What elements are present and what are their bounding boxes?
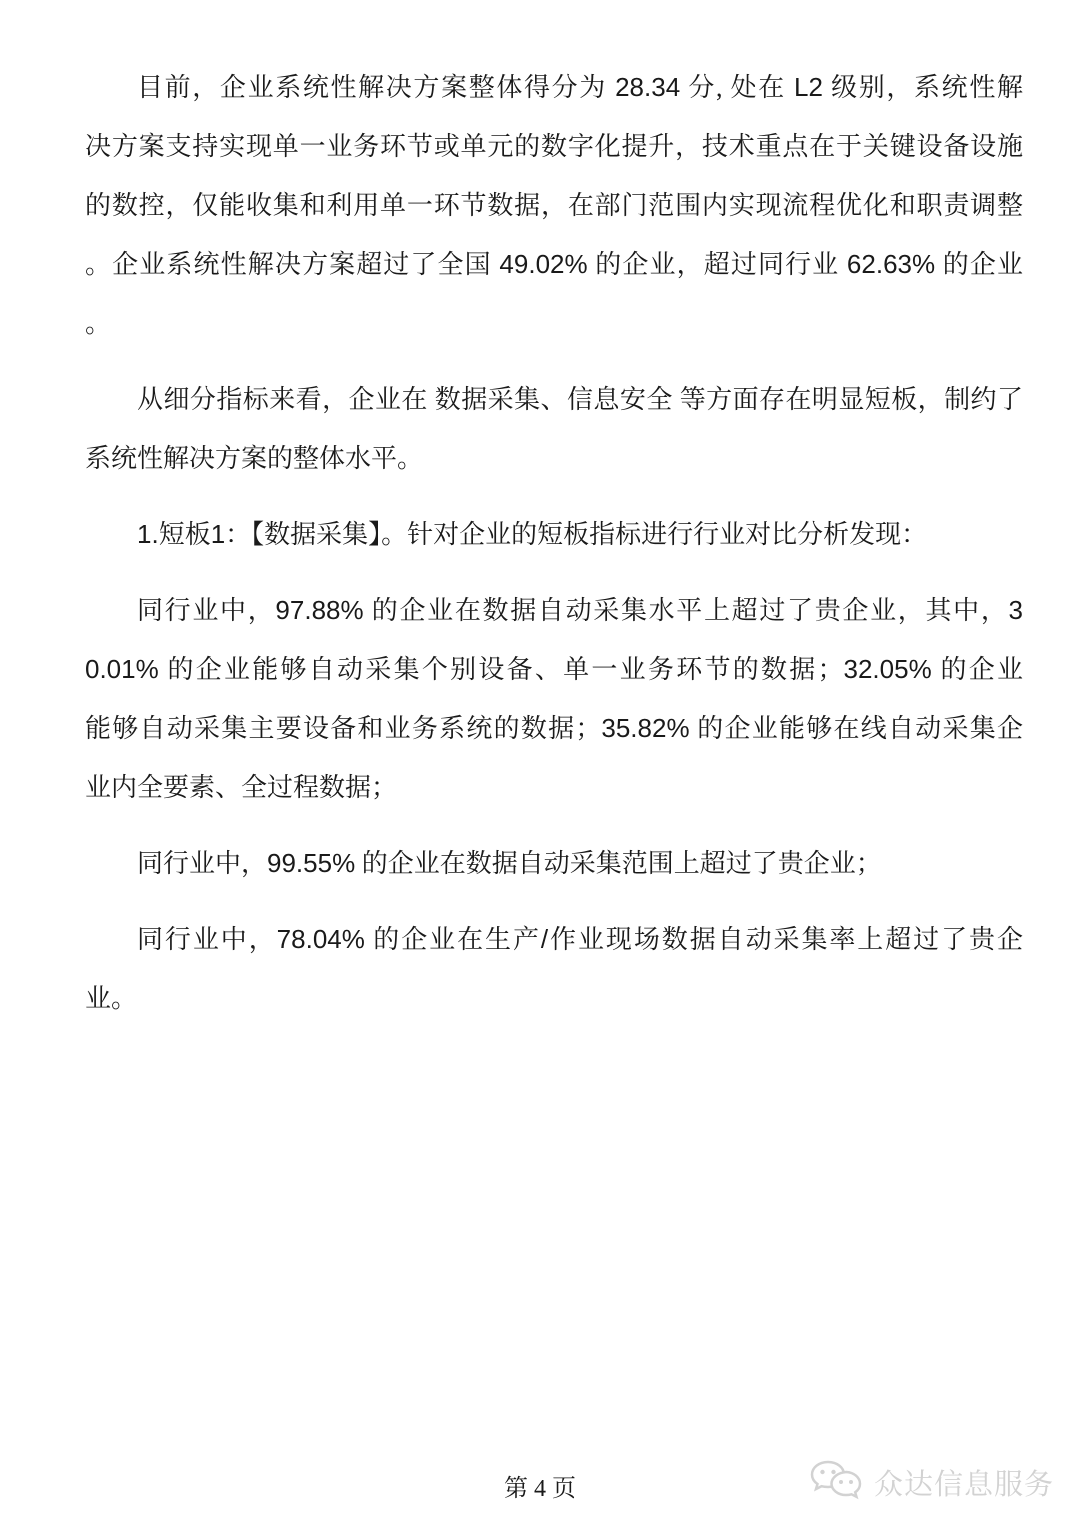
text-line: 同行业中，78.04% 的企业在生产/作业现场数据自动采集率上超过了贵企 — [85, 910, 1023, 969]
text-line: 。企业系统性解决方案超过了全国 49.02% 的企业，超过同行业 62.63% … — [85, 235, 1023, 294]
watermark: 众达信息服务 — [808, 1458, 1054, 1506]
text-line: 1.短板1：【数据采集】。针对企业的短板指标进行行业对比分析发现： — [85, 505, 1023, 564]
paragraph: 同行业中，97.88% 的企业在数据自动采集水平上超过了贵企业，其中，30.01… — [85, 581, 1023, 817]
paragraph: 同行业中，78.04% 的企业在生产/作业现场数据自动采集率上超过了贵企业。 — [85, 910, 1023, 1028]
text-line: 业。 — [85, 969, 1023, 1028]
text-line: 目前，企业系统性解决方案整体得分为 28.34 分, 处在 L2 级别，系统性解 — [85, 58, 1023, 117]
text-line: 系统性解决方案的整体水平。 — [85, 429, 1023, 488]
text-line: 的数控，仅能收集和利用单一环节数据，在部门范围内实现流程优化和职责调整 — [85, 176, 1023, 235]
text-line: 业内全要素、全过程数据； — [85, 758, 1023, 817]
text-line: 同行业中，99.55% 的企业在数据自动采集范围上超过了贵企业； — [85, 834, 1023, 893]
paragraph: 从细分指标来看，企业在 数据采集、信息安全 等方面存在明显短板，制约了系统性解决… — [85, 370, 1023, 488]
watermark-label: 众达信息服务 — [874, 1462, 1054, 1503]
text-line: 从细分指标来看，企业在 数据采集、信息安全 等方面存在明显短板，制约了 — [85, 370, 1023, 429]
text-line: 能够自动采集主要设备和业务系统的数据；35.82% 的企业能够在线自动采集企 — [85, 699, 1023, 758]
report-body: 目前，企业系统性解决方案整体得分为 28.34 分, 处在 L2 级别，系统性解… — [85, 58, 1023, 1045]
paragraph: 同行业中，99.55% 的企业在数据自动采集范围上超过了贵企业； — [85, 834, 1023, 893]
paragraph: 目前，企业系统性解决方案整体得分为 28.34 分, 处在 L2 级别，系统性解… — [85, 58, 1023, 353]
text-line: 。 — [85, 294, 1023, 353]
text-line: 决方案支持实现单一业务环节或单元的数字化提升，技术重点在于关键设备设施 — [85, 117, 1023, 176]
text-line: 0.01% 的企业能够自动采集个别设备、单一业务环节的数据；32.05% 的企业 — [85, 640, 1023, 699]
text-line: 同行业中，97.88% 的企业在数据自动采集水平上超过了贵企业，其中，3 — [85, 581, 1023, 640]
wechat-chat-bubbles-icon — [808, 1458, 864, 1506]
paragraph: 1.短板1：【数据采集】。针对企业的短板指标进行行业对比分析发现： — [85, 505, 1023, 564]
